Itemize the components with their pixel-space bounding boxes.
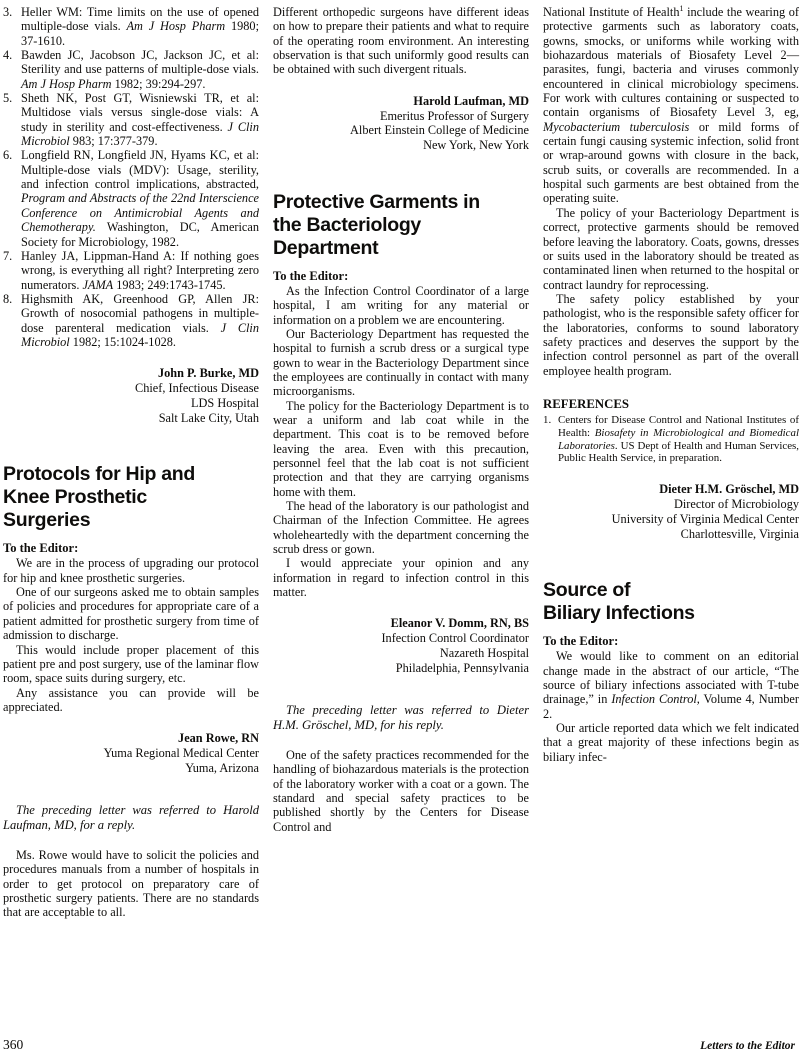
reference-number: 3.	[3, 5, 12, 19]
text-run: National Institute of Health	[543, 5, 680, 19]
paragraph: Different orthopedic surgeons have diffe…	[273, 5, 529, 77]
reference-number: 5.	[3, 91, 12, 105]
text-run: Am J Hosp Pharm	[21, 77, 112, 91]
column-3: National Institute of Health1 include th…	[543, 5, 799, 920]
signatory-detail: New York, New York	[273, 138, 529, 153]
reference-item: 3.Heller WM: Time limits on the use of o…	[3, 5, 259, 48]
journal-page: 3.Heller WM: Time limits on the use of o…	[0, 0, 800, 1063]
signatory-detail: University of Virginia Medical Center	[543, 512, 799, 527]
reference-item: 8.Highsmith AK, Greenhood GP, Allen JR: …	[3, 292, 259, 349]
signatory-detail: Infection Control Coordinator	[273, 631, 529, 646]
signatory-detail: Yuma Regional Medical Center	[3, 746, 259, 761]
text-run: The policy for the Bacteriology Departme…	[273, 399, 529, 499]
signatory-detail: Charlottesville, Virginia	[543, 527, 799, 542]
reference-item: 6.Longfield RN, Longfield JN, Hyams KC, …	[3, 148, 259, 248]
signatory-detail: Director of Microbiology	[543, 497, 799, 512]
text-run: Any assistance you can provide will be a…	[3, 686, 259, 714]
page-footer: 360 Letters to the Editor	[3, 1037, 795, 1053]
reference-number: 1.	[543, 414, 551, 427]
salutation: To the Editor:	[3, 540, 259, 556]
text-run: 983; 17:377-379.	[70, 134, 158, 148]
reference-number: 4.	[3, 48, 12, 62]
reference-number: 6.	[3, 148, 12, 162]
text-run: Sheth NK, Post GT, Wisniewski TR, et al:…	[21, 91, 259, 134]
text-run: Our Bacteriology Department has requeste…	[273, 327, 529, 398]
text-run: As the Infection Control Coordinator of …	[273, 284, 529, 327]
text-run: Am J Hosp Pharm	[127, 19, 226, 33]
paragraph: National Institute of Health1 include th…	[543, 5, 799, 206]
paragraph: The head of the laboratory is our pathol…	[273, 499, 529, 556]
text-run: We are in the process of upgrading our p…	[3, 556, 259, 584]
signatory-name: Eleanor V. Domm, RN, BS	[273, 616, 529, 631]
text-run: Infection Control,	[611, 692, 700, 706]
paragraph: The policy of your Bacteriology Departme…	[543, 206, 799, 292]
text-run: 1983; 249:1743-1745.	[113, 278, 225, 292]
text-run: JAMA	[82, 278, 113, 292]
paragraph: Our Bacteriology Department has requeste…	[273, 327, 529, 399]
letter-title: Protective Garments inthe BacteriologyDe…	[273, 191, 529, 260]
page-number: 360	[3, 1037, 23, 1053]
running-title: Letters to the Editor	[700, 1040, 795, 1052]
text-run: One of the safety practices recommended …	[273, 748, 529, 834]
salutation: To the Editor:	[543, 633, 799, 649]
text-run: Ms. Rowe would have to solicit the polic…	[3, 848, 259, 919]
text-run: I would appreciate your opinion and any …	[273, 556, 529, 599]
text-run: Bawden JC, Jacobson JC, Jackson JC, et a…	[21, 48, 259, 76]
column-1: 3.Heller WM: Time limits on the use of o…	[3, 5, 259, 920]
reference-item: 1.Centers for Disease Control and Nation…	[543, 414, 799, 465]
text-run: The head of the laboratory is our pathol…	[273, 499, 529, 556]
salutation: To the Editor:	[273, 268, 529, 284]
signature-block: Harold Laufman, MDEmeritus Professor of …	[273, 94, 529, 153]
paragraph: Any assistance you can provide will be a…	[3, 686, 259, 715]
paragraph: This would include proper placement of t…	[3, 643, 259, 686]
paragraph: One of the safety practices recommended …	[273, 748, 529, 834]
text-run: The policy of your Bacteriology Departme…	[543, 206, 799, 292]
signatory-detail: LDS Hospital	[3, 396, 259, 411]
paragraph: I would appreciate your opinion and any …	[273, 556, 529, 599]
text-run: This would include proper placement of t…	[3, 643, 259, 686]
paragraph: We are in the process of upgrading our p…	[3, 556, 259, 585]
signature-block: Jean Rowe, RNYuma Regional Medical Cente…	[3, 731, 259, 775]
text-run: Our article reported data which we felt …	[543, 721, 799, 764]
signatory-detail: Yuma, Arizona	[3, 761, 259, 776]
referral-note: The preceding letter was referred to Har…	[3, 803, 259, 833]
signatory-detail: Nazareth Hospital	[273, 646, 529, 661]
signatory-detail: Salt Lake City, Utah	[3, 411, 259, 426]
signature-block: Eleanor V. Domm, RN, BSInfection Control…	[273, 616, 529, 675]
reference-list: 1.Centers for Disease Control and Nation…	[543, 414, 799, 465]
text-run: The safety policy established by your pa…	[543, 292, 799, 378]
paragraph: The safety policy established by your pa…	[543, 292, 799, 378]
reference-number: 7.	[3, 249, 12, 263]
paragraph: We would like to comment on an editorial…	[543, 649, 799, 721]
references-heading: REFERENCES	[543, 397, 799, 412]
reference-number: 8.	[3, 292, 12, 306]
paragraph: Our article reported data which we felt …	[543, 721, 799, 764]
paragraph: As the Infection Control Coordinator of …	[273, 284, 529, 327]
letter-title: Protocols for Hip andKnee ProstheticSurg…	[3, 463, 259, 532]
signatory-name: Harold Laufman, MD	[273, 94, 529, 109]
signatory-detail: Chief, Infectious Disease	[3, 381, 259, 396]
reference-list: 3.Heller WM: Time limits on the use of o…	[3, 5, 259, 349]
text-run: 1982; 15:1024-1028.	[70, 335, 176, 349]
signatory-detail: Albert Einstein College of Medicine	[273, 123, 529, 138]
text-run: Different orthopedic surgeons have diffe…	[273, 5, 529, 76]
letter-title: Source ofBiliary Infections	[543, 579, 799, 625]
signatory-name: John P. Burke, MD	[3, 366, 259, 381]
text-run: include the wearing of protective garmen…	[543, 5, 799, 119]
signatory-name: Jean Rowe, RN	[3, 731, 259, 746]
reference-item: 5.Sheth NK, Post GT, Wisniewski TR, et a…	[3, 91, 259, 148]
signature-block: John P. Burke, MDChief, Infectious Disea…	[3, 366, 259, 425]
column-layout: 3.Heller WM: Time limits on the use of o…	[0, 0, 800, 920]
text-run: Longfield RN, Longfield JN, Hyams KC, et…	[21, 148, 259, 191]
text-run: 1982; 39:294-297.	[112, 77, 206, 91]
referral-note: The preceding letter was referred to Die…	[273, 703, 529, 733]
signatory-detail: Emeritus Professor of Surgery	[273, 109, 529, 124]
paragraph: The policy for the Bacteriology Departme…	[273, 399, 529, 499]
reference-item: 7.Hanley JA, Lippman-Hand A: If nothing …	[3, 249, 259, 292]
reference-item: 4.Bawden JC, Jacobson JC, Jackson JC, et…	[3, 48, 259, 91]
signatory-name: Dieter H.M. Gröschel, MD	[543, 482, 799, 497]
paragraph: One of our surgeons asked me to obtain s…	[3, 585, 259, 642]
column-2: Different orthopedic surgeons have diffe…	[273, 5, 529, 920]
text-run: Mycobacterium tuberculosis	[543, 120, 689, 134]
paragraph: Ms. Rowe would have to solicit the polic…	[3, 848, 259, 920]
signatory-detail: Philadelphia, Pennsylvania	[273, 661, 529, 676]
text-run: One of our surgeons asked me to obtain s…	[3, 585, 259, 642]
signature-block: Dieter H.M. Gröschel, MDDirector of Micr…	[543, 482, 799, 541]
